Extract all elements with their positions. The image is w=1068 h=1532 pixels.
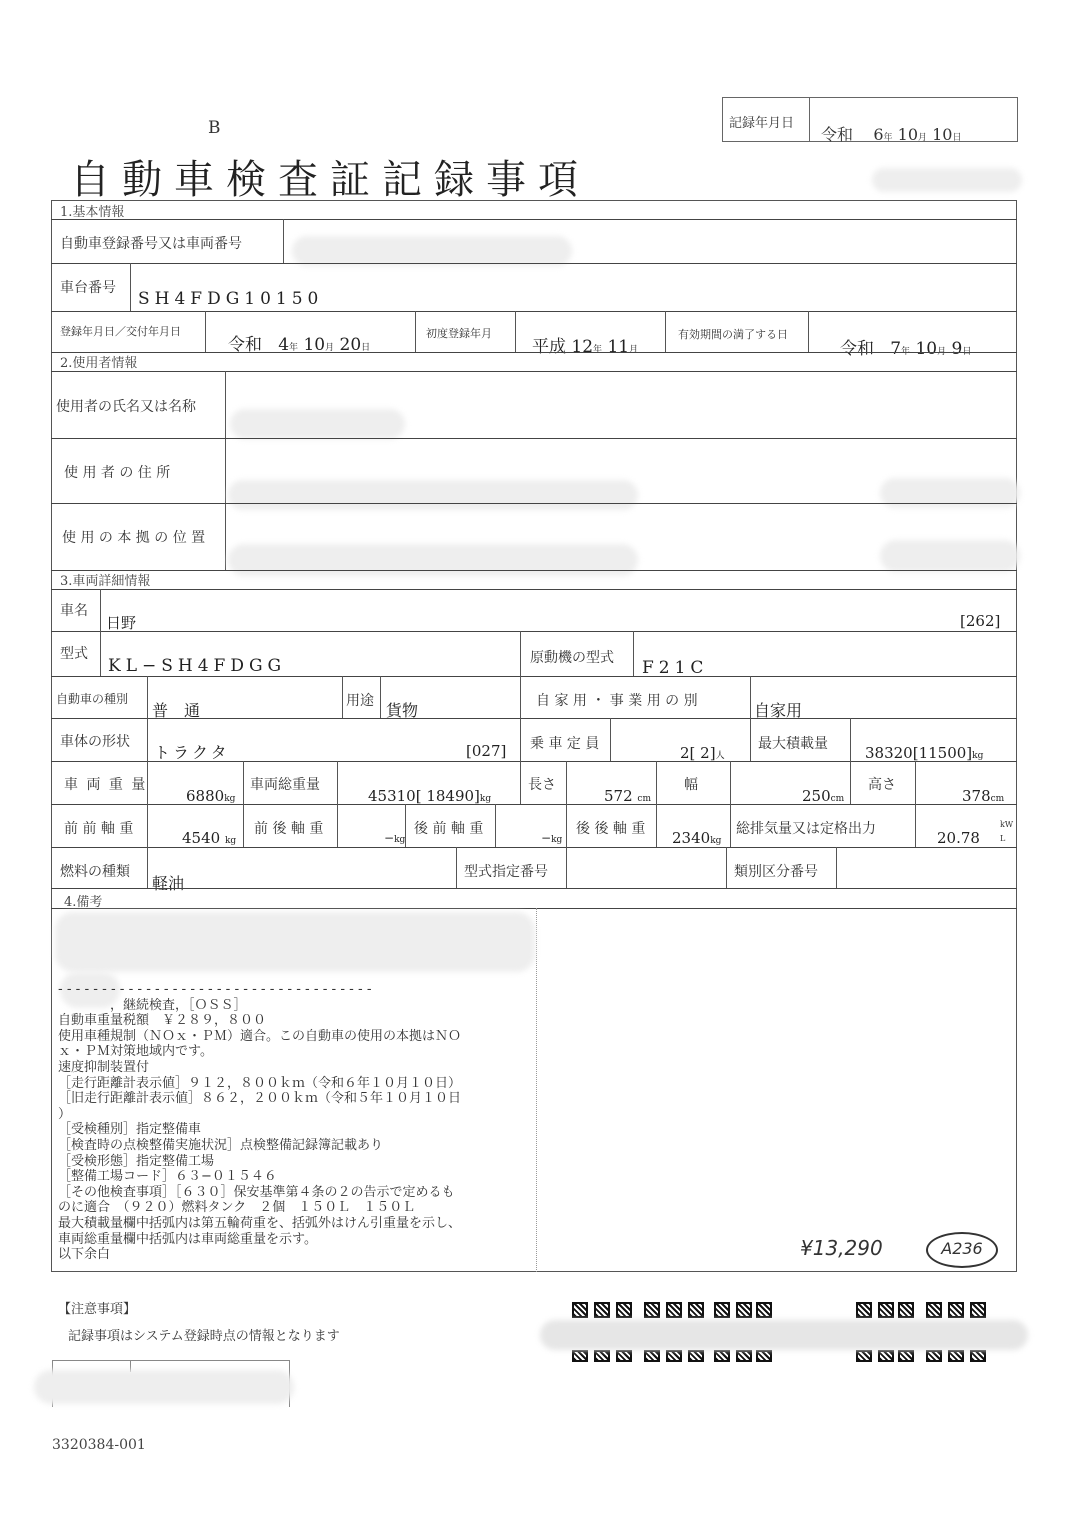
rf-axle: −kg bbox=[541, 831, 562, 845]
record-date-label: 記録年月日 bbox=[729, 112, 794, 131]
engine: F21C bbox=[642, 658, 708, 678]
remarks-divider bbox=[536, 908, 537, 1272]
ff-axle-label: 前 前 軸 重 bbox=[64, 818, 133, 838]
capacity-label: 乗 車 定 員 bbox=[530, 733, 599, 753]
use-label: 用途 bbox=[346, 690, 374, 710]
capacity: 2[ 2]人 bbox=[680, 744, 725, 762]
notice-text: 記録事項はシステム登録時点の情報となります bbox=[68, 1325, 340, 1344]
first-reg-date: 平成 12年 11月 bbox=[532, 332, 638, 357]
max-load-label: 最大積載量 bbox=[758, 733, 828, 753]
width-label: 幅 bbox=[684, 774, 698, 794]
document-number: 3320384-001 bbox=[52, 1437, 146, 1453]
ff-axle: 4540 kg bbox=[182, 829, 236, 847]
stamp-redacted bbox=[34, 1370, 294, 1404]
gross-weight: 45310[ 18490]kg bbox=[368, 787, 491, 805]
height-label: 高さ bbox=[868, 774, 896, 794]
model-label: 型式 bbox=[60, 643, 88, 663]
weight: 6880kg bbox=[186, 787, 235, 805]
base-location-label: 使 用 の 本 拠 の 位 置 bbox=[62, 527, 205, 547]
expiry-date: 令和 7年 10月 9日 bbox=[840, 334, 971, 359]
engine-label: 原動機の型式 bbox=[530, 647, 614, 667]
section3-title: 3.車両詳細情報 bbox=[60, 570, 150, 589]
section2-title: 2.使用者情報 bbox=[60, 352, 137, 371]
body-code: [027] bbox=[466, 742, 506, 760]
qr-redacted-band bbox=[540, 1320, 1028, 1350]
length: 572 cm bbox=[604, 787, 651, 805]
fr-axle-label: 前 後 軸 重 bbox=[254, 818, 323, 838]
length-label: 長さ bbox=[528, 774, 556, 794]
class-label: 類別区分番号 bbox=[734, 861, 818, 881]
rr-axle: 2340kg bbox=[672, 829, 721, 847]
body: トラクタ bbox=[154, 740, 230, 763]
fuel-label: 燃料の種類 bbox=[60, 861, 130, 881]
user-name-label: 使用者の氏名又は名称 bbox=[56, 396, 196, 416]
fr-axle: −kg bbox=[384, 831, 405, 845]
page-title: 自動車検査証記録事項 bbox=[70, 148, 590, 205]
type-desig-label: 型式指定番号 bbox=[464, 861, 548, 881]
body-label: 車体の形状 bbox=[60, 731, 130, 751]
chassis-label: 車台番号 bbox=[60, 277, 116, 297]
rf-axle-label: 後 前 軸 重 bbox=[414, 818, 483, 838]
first-reg-label: 初度登録年月 bbox=[426, 325, 492, 341]
car-name-label: 車名 bbox=[60, 600, 88, 620]
user-name-redacted bbox=[230, 409, 405, 439]
handwritten-fee: ¥13,290 bbox=[800, 1236, 883, 1260]
remarks-text: - - - - - - - - - - - - - - - - - - - - … bbox=[58, 982, 461, 1263]
max-load: 38320[11500]kg bbox=[865, 744, 983, 762]
weight-label: 車 両 重 量 bbox=[64, 774, 147, 794]
section1-title: 1.基本情報 bbox=[60, 201, 124, 220]
displacement: 20.78 bbox=[937, 829, 980, 847]
rr-axle-label: 後 後 軸 重 bbox=[576, 818, 645, 838]
reg-date-label: 登録年月日／交付年月日 bbox=[60, 323, 181, 339]
user-address-label: 使 用 者 の 住 所 bbox=[64, 462, 170, 482]
base-location-redacted bbox=[228, 544, 638, 576]
width: 250cm bbox=[802, 787, 844, 805]
record-date: 令和 6年 10月 10日 bbox=[821, 122, 962, 145]
kind-label: 自動車の種別 bbox=[56, 690, 128, 707]
displacement-label: 総排気量又は定格出力 bbox=[736, 818, 876, 838]
displacement-unit: kWL bbox=[1000, 818, 1013, 846]
remarks-redacted bbox=[55, 912, 535, 972]
private-label: 自 家 用 ・ 事 業 用 の 別 bbox=[536, 690, 698, 710]
record-date-box: 記録年月日 令和 6年 10月 10日 bbox=[722, 97, 1018, 142]
reg-number-redacted bbox=[292, 236, 572, 266]
form-code: B bbox=[208, 118, 221, 138]
reg-number-label: 自動車登録番号又は車両番号 bbox=[60, 233, 242, 253]
fuel: 軽油 bbox=[152, 871, 184, 894]
user-address-redacted bbox=[228, 480, 638, 510]
height: 378cm bbox=[962, 787, 1004, 805]
notice-title: 【注意事項】 bbox=[58, 1298, 136, 1317]
gross-weight-label: 車両総重量 bbox=[250, 774, 320, 794]
chassis-number: SH4FDG10150 bbox=[138, 289, 323, 309]
model: KL−SH4FDGG bbox=[108, 656, 286, 676]
car-name: 日野 bbox=[106, 612, 136, 633]
expiry-label: 有効期間の満了する日 bbox=[678, 326, 788, 342]
car-name-code: [262] bbox=[960, 612, 1000, 630]
handwritten-mark: A236 bbox=[926, 1232, 998, 1268]
